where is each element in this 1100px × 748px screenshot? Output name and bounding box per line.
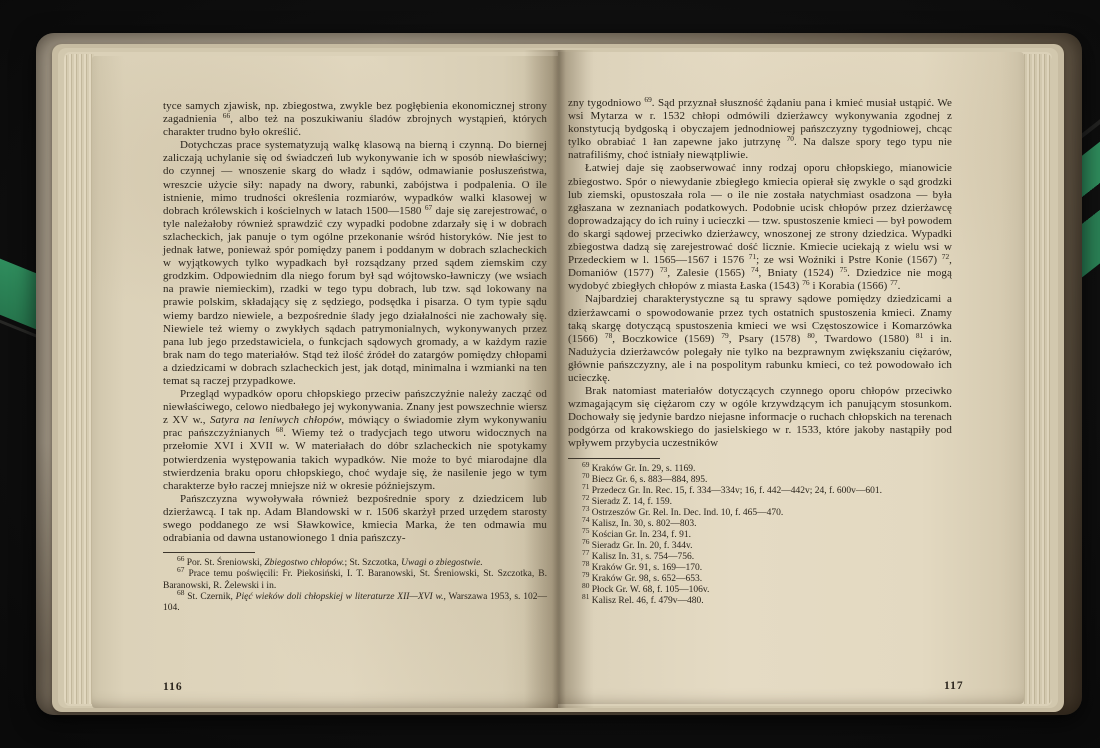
footnote-number: 78 <box>582 559 589 568</box>
text-segment: Kalisz Rel. 46, f. 479v—480. <box>592 596 704 606</box>
left-page-paragraphs: tyce samych zjawisk, np. zbiegostwa, zwy… <box>163 100 547 545</box>
footnote-number: 81 <box>582 592 589 601</box>
left-page-text: tyce samych zjawisk, np. zbiegostwa, zwy… <box>163 100 547 614</box>
footnote-number: 69 <box>582 460 589 469</box>
body-paragraph: tyce samych zjawisk, np. zbiegostwa, zwy… <box>163 100 547 139</box>
text-segment: St. Czernik, <box>187 592 235 602</box>
text-segment: Kraków Gr. 91, s. 169—170. <box>592 563 702 573</box>
footnote-number: 66 <box>177 554 184 563</box>
italic-title: Zbiegostwo chłopów. <box>264 558 344 568</box>
text-segment: i Korabia (1566) <box>810 280 891 292</box>
photo-background: tyce samych zjawisk, np. zbiegostwa, zwy… <box>0 0 1100 748</box>
text-segment: , Zalesie (1565) <box>667 267 751 279</box>
text-segment: . <box>898 280 901 292</box>
footnote: 80 Płock Gr. W. 68, f. 105—106v. <box>568 585 952 596</box>
body-paragraph: Przegląd wypadków oporu chłopskiego prze… <box>163 388 547 493</box>
text-segment: , Psary (1578) <box>729 333 808 345</box>
text-segment: , Bniaty (1524) <box>759 267 840 279</box>
page-number-left: 116 <box>163 681 183 693</box>
footnote-ref: 79 <box>721 331 728 340</box>
footnote: 73 Ostrzeszów Gr. Rel. In. Dec. Ind. 10,… <box>568 508 952 519</box>
footnote: 79 Kraków Gr. 98, s. 652—653. <box>568 574 952 585</box>
text-segment: Prace temu poświęcili: Fr. Piekosiński, … <box>163 569 547 590</box>
footnote-ref: 74 <box>751 265 758 274</box>
footnote: 66 Por. St. Śreniowski, Zbiegostwo chłop… <box>163 558 547 569</box>
footnote: 68 St. Czernik, Pięć wieków doli chłopsk… <box>163 592 547 614</box>
footnote: 81 Kalisz Rel. 46, f. 479v—480. <box>568 596 952 607</box>
text-segment: Pańszczyzna wywoływała również bezpośred… <box>163 493 547 544</box>
text-segment: Płock Gr. W. 68, f. 105—106v. <box>592 585 710 595</box>
footnote: 70 Biecz Gr. 6, s. 883—884, 895. <box>568 475 952 486</box>
right-page-footnotes: 69 Kraków Gr. In. 29, s. 1169.70 Biecz G… <box>568 464 952 607</box>
footnote-number: 67 <box>177 565 184 574</box>
footnote: 74 Kalisz, In. 30, s. 802—803. <box>568 519 952 530</box>
footnote-number: 75 <box>582 526 589 535</box>
text-segment: Przedecz Gr. In. Rec. 15, f. 334—334v; 1… <box>592 486 882 496</box>
footnote-ref: 76 <box>802 278 809 287</box>
footnote: 78 Kraków Gr. 91, s. 169—170. <box>568 563 952 574</box>
right-page-text: zny tygodniowo 69. Sąd przyznał słusznoś… <box>568 97 952 607</box>
body-paragraph: Najbardziej charakterystyczne są tu spra… <box>568 293 952 385</box>
body-paragraph: zny tygodniowo 69. Sąd przyznał słusznoś… <box>568 97 952 162</box>
footnote-number: 79 <box>582 570 589 579</box>
text-segment: Kalisz, In. 30, s. 802—803. <box>592 519 697 529</box>
footnote-ref: 70 <box>787 134 794 143</box>
body-paragraph: Łatwiej daje się zaobserwować inny rodza… <box>568 162 952 293</box>
footnote-number: 71 <box>582 482 589 491</box>
text-segment: Kalisz In. 31, s. 754—756. <box>592 552 694 562</box>
left-page-footnotes: 66 Por. St. Śreniowski, Zbiegostwo chłop… <box>163 558 547 614</box>
text-segment: Sieradz Z. 14, f. 159. <box>592 497 672 507</box>
text-segment: Por. St. Śreniowski, <box>187 558 265 568</box>
text-segment: daje się zarejestrować, o tyle należałob… <box>163 205 547 387</box>
text-segment: Ostrzeszów Gr. Rel. In. Dec. Ind. 10, f.… <box>592 508 784 518</box>
footnote: 67 Prace temu poświęcili: Fr. Piekosińsk… <box>163 569 547 591</box>
italic-title: Pięć wieków doli chłopskiej w literaturz… <box>236 592 444 602</box>
text-segment: Sieradz Gr. In. 20, f. 344v. <box>592 541 693 551</box>
text-segment: , Boczkowice (1569) <box>612 333 721 345</box>
footnote: 76 Sieradz Gr. In. 20, f. 344v. <box>568 541 952 552</box>
right-page-paragraphs: zny tygodniowo 69. Sąd przyznał słusznoś… <box>568 97 952 451</box>
italic-title: Uwagi o zbiegostwie. <box>401 558 483 568</box>
text-segment: , Twardowo (1580) <box>815 333 916 345</box>
page-number-right: 117 <box>944 680 964 692</box>
footnote-ref: 69 <box>644 95 651 104</box>
footnote-separator-left <box>163 552 255 553</box>
text-segment: Kraków Gr. 98, s. 652—653. <box>592 574 702 584</box>
footnote-number: 73 <box>582 504 589 513</box>
text-segment: zny tygodniowo <box>568 97 644 109</box>
body-paragraph: Brak natomiast materiałów dotyczących cz… <box>568 385 952 450</box>
body-paragraph: Pańszczyzna wywoływała również bezpośred… <box>163 493 547 545</box>
footnote: 75 Kościan Gr. In. 234, f. 91. <box>568 530 952 541</box>
footnote: 71 Przedecz Gr. In. Rec. 15, f. 334—334v… <box>568 486 952 497</box>
text-segment: Kraków Gr. In. 29, s. 1169. <box>592 464 696 474</box>
fore-edge-right <box>1022 54 1052 704</box>
text-segment: ; St. Szczotka, <box>344 558 401 568</box>
text-segment: Łatwiej daje się zaobserwować inny rodza… <box>568 162 952 266</box>
footnote-ref: 77 <box>890 278 897 287</box>
fore-edge-left <box>64 54 94 704</box>
footnote-number: 76 <box>582 537 589 546</box>
text-segment: Biecz Gr. 6, s. 883—884, 895. <box>592 475 708 485</box>
footnote-separator-right <box>568 458 660 459</box>
footnote: 69 Kraków Gr. In. 29, s. 1169. <box>568 464 952 475</box>
footnote-ref: 80 <box>807 331 814 340</box>
text-segment: ; ze wsi Woźniki i Pstre Konie (1567) <box>756 254 942 266</box>
body-paragraph: Dotychczas prace systematyzują walkę kla… <box>163 139 547 388</box>
footnote-number: 80 <box>582 581 589 590</box>
footnote-number: 74 <box>582 515 589 524</box>
text-segment: Brak natomiast materiałów dotyczących cz… <box>568 385 952 449</box>
footnote-number: 72 <box>582 493 589 502</box>
footnote: 77 Kalisz In. 31, s. 754—756. <box>568 552 952 563</box>
footnote: 72 Sieradz Z. 14, f. 159. <box>568 497 952 508</box>
footnote-number: 70 <box>582 471 589 480</box>
footnote-number: 68 <box>177 588 184 597</box>
footnote-number: 77 <box>582 548 589 557</box>
text-segment: Kościan Gr. In. 234, f. 91. <box>592 530 691 540</box>
